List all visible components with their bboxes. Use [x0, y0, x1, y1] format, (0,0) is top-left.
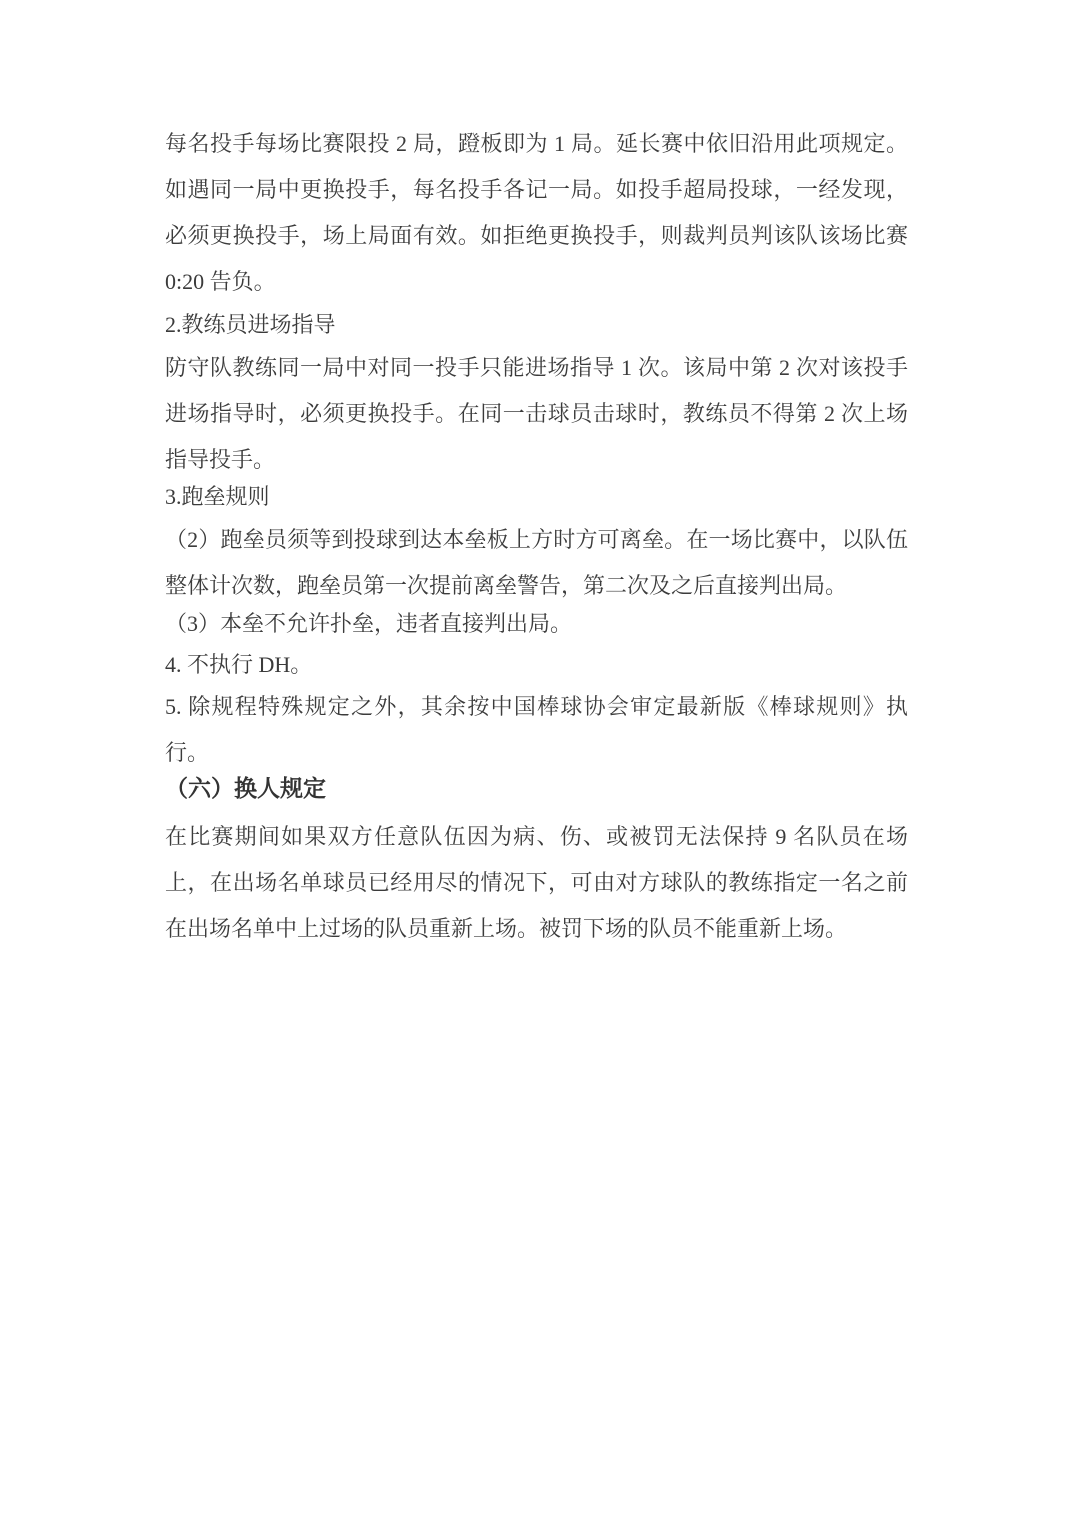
heading-substitution-rules: （六）换人规定	[165, 768, 908, 808]
paragraph-substitution-rules: 在比赛期间如果双方任意队伍因为病、伤、或被罚无法保持 9 名队员在场上，在出场名…	[165, 814, 908, 952]
subheading-coach-mound-visit: 2.教练员进场指导	[165, 305, 908, 345]
subheading-baserunning-rules: 3.跑垒规则	[165, 477, 908, 517]
paragraph-rule-5-cba-rulebook: 5. 除规程特殊规定之外，其余按中国棒球协会审定最新版《棒球规则》执行。	[165, 684, 908, 776]
paragraph-baserunning-rule-2: （2）跑垒员须等到投球到达本垒板上方时方可离垒。在一场比赛中，以队伍整体计次数，…	[165, 517, 908, 609]
paragraph-coach-mound-visit: 防守队教练同一局中对同一投手只能进场指导 1 次。该局中第 2 次对该投手进场指…	[165, 345, 908, 483]
paragraph-rule-4-no-dh: 4. 不执行 DH。	[165, 642, 908, 688]
paragraph-pitcher-inning-limit: 每名投手每场比赛限投 2 局，蹬板即为 1 局。延长赛中依旧沿用此项规定。如遇同…	[165, 121, 908, 305]
document-page: 每名投手每场比赛限投 2 局，蹬板即为 1 局。延长赛中依旧沿用此项规定。如遇同…	[0, 0, 1080, 1527]
